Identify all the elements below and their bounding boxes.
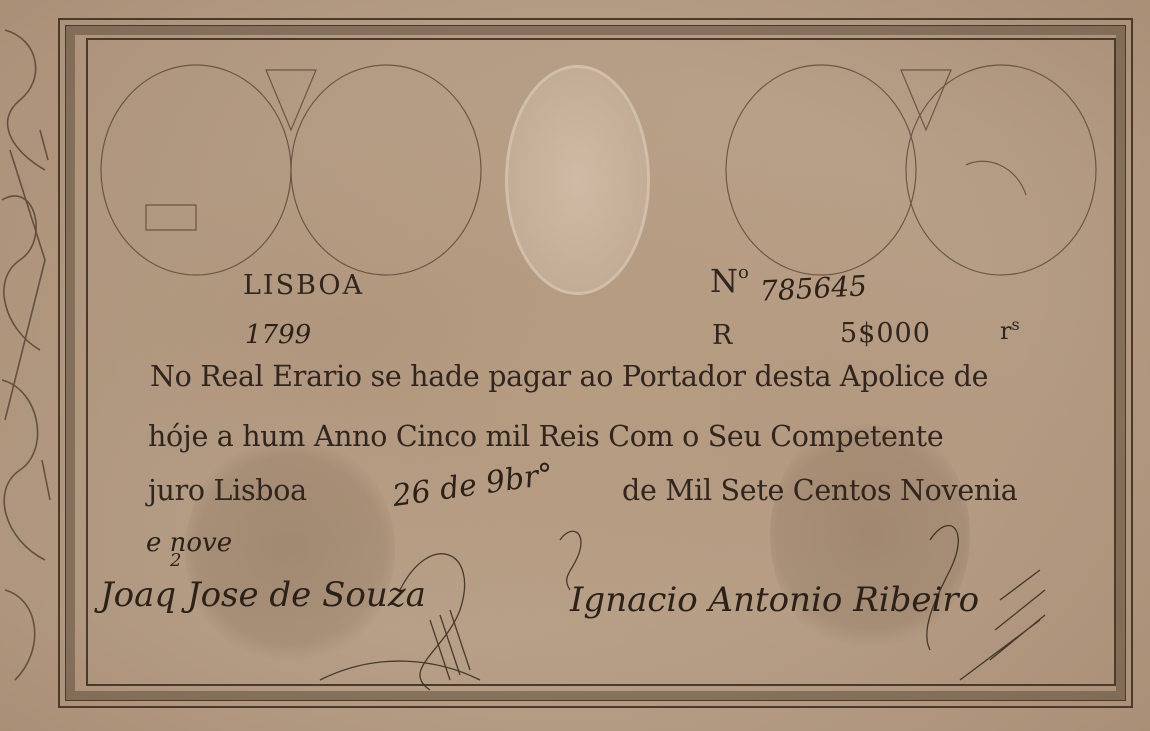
signature-flourishes (0, 0, 1150, 731)
